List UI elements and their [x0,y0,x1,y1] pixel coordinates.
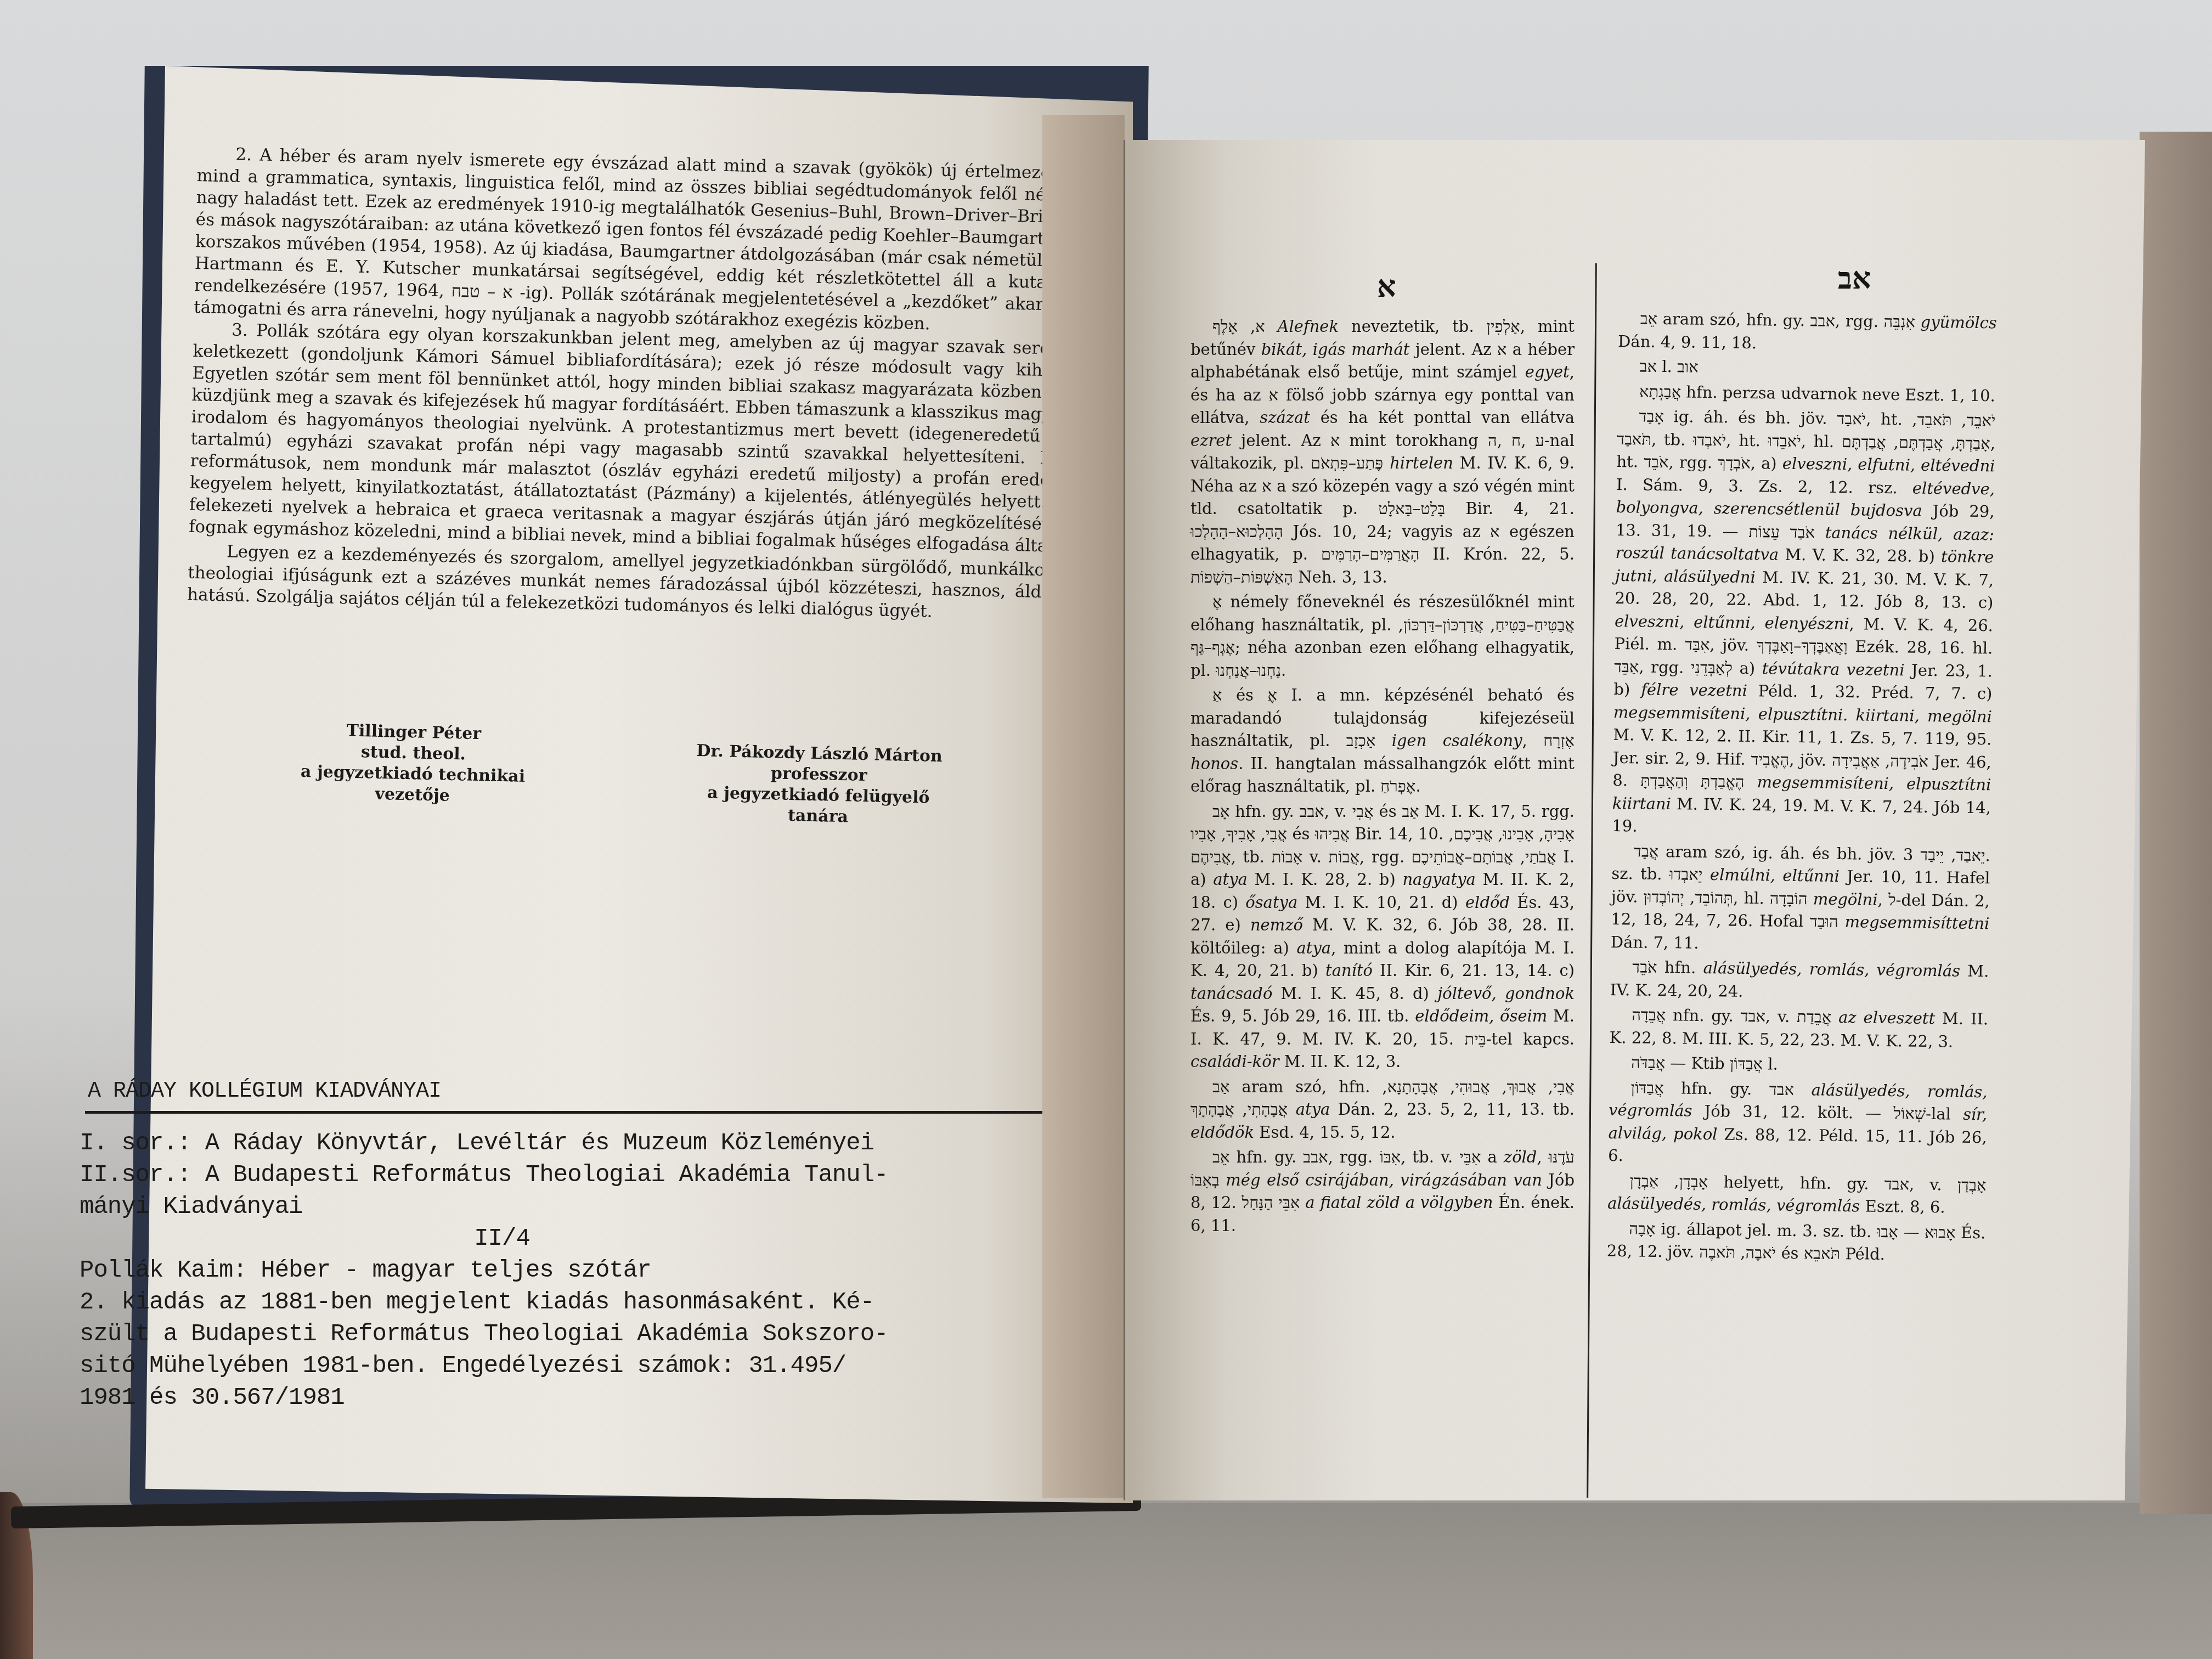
dictionary-entry: אַב aram szó, hfn. אֲבִי, אֲבוּךְ, אֲבוּ… [1190,1076,1575,1144]
dictionary-entry: אֲבֵדָה nfn. gy. אבד, v. אֲבֵדַת az elve… [1609,1003,1988,1053]
preface-paragraph: 2. A héber és aram nyelv ismerete egy év… [194,143,1075,338]
column-divider [1587,263,1597,1498]
imprint-heading: A RÁDAY KOLLÉGIUM KIADVÁNYAI [88,1079,441,1104]
dictionary-entry: אֲבַגְתָא hfn. perzsa udvarnok neve Eszt… [1617,380,1996,407]
imprint-body: I. sor.: A Ráday Könyvtár, Levéltár és M… [80,1127,1067,1414]
preface-paragraph: 3. Pollák szótára egy olyan korszakunkba… [189,318,1071,557]
imprint-detail: 2. kiadás az 1881-ben megjelent kiadás h… [80,1286,1067,1318]
right-page: א אב א, אָלֶף Alefnek neveztetik, tb. אַ… [1125,140,2145,1500]
preface-text: 2. A héber és aram nyelv ismerete egy év… [187,143,1075,625]
dictionary-entry: אֶ némely főneveknél és részesülőknél mi… [1190,591,1575,682]
dictionary-column-right: אֵב aram szó, hfn. gy. אבב, rgg. אִנְבֵּ… [1607,307,1997,1269]
dictionary-entry: א, אָלֶף Alefnek neveztetik, tb. אַלְפִי… [1190,315,1575,589]
dictionary-entry: אב l. אוב [1617,355,1996,382]
dictionary-entry: אֵב aram szó, hfn. gy. אבב, rgg. אִנְבֵּ… [1618,307,1997,357]
dictionary-entry: אֹבֵד hfn. alásülyedés, romlás, végromlá… [1610,956,1989,1006]
dictionary-entry: אֲבַדֹּה — Ktib אֲבַדּוֹן l. [1609,1051,1988,1079]
book-gutter [1124,140,1125,1500]
signature-block: Tillinger Péter stud. theol. a jegyzetki… [258,719,567,809]
series-line: I. sor.: A Ráday Könyvtár, Levéltár és M… [80,1127,1067,1159]
table-surface [0,1503,2212,1659]
signature-block: Dr. Pákozdy László Márton professzor a j… [664,740,973,831]
imprint-detail: 1981 és 30.567/1981 [80,1382,1067,1414]
column-heading: א [1377,269,1396,304]
dictionary-entry: אֲבַדּוֹן hfn. gy. אבד alásülyedés, roml… [1608,1076,1988,1171]
imprint-detail: Pollák Kaim: Héber - magyar teljes szótá… [80,1255,1067,1286]
endpaper [1042,115,1125,1498]
dictionary-entry: אָבָה ig. állapot jel. m. 3. sz. tb. אָב… [1607,1217,1986,1267]
series-number: II/4 [80,1223,859,1255]
imprint-rule [85,1111,1064,1114]
dictionary-entry: אֵב hfn. gy. אבב, rgg. אִבּוֹ, tb. v. אִ… [1190,1146,1575,1237]
page-stack-edge [2140,132,2212,1514]
dictionary-entry: אָבַד ig. áh. és bh. jöv. יֹאבַד, ht. יֹ… [1612,405,1996,842]
imprint-detail: szült a Budapesti Református Theologiai … [80,1318,1067,1350]
signatures: Tillinger Péter stud. theol. a jegyzetki… [208,713,1089,854]
dictionary-column-left: א, אָלֶף Alefnek neveztetik, tb. אַלְפִי… [1190,315,1575,1239]
dictionary-entry: אֲבַד aram szó, ig. áh. és bh. jöv. יֵאב… [1611,839,1990,958]
series-line: mányi Kiadványai [80,1191,1067,1223]
column-heading: אב [1838,261,1871,296]
dictionary-entry: אָב hfn. gy. אבב, v. אֲבִי és אַב M. I. … [1190,800,1575,1074]
series-line: II.sor.: A Budapesti Református Theologi… [80,1159,1067,1191]
imprint-detail: sitó Mühelyében 1981-ben. Engedélyezési … [80,1350,1067,1382]
dictionary-entry: אַ és אֶ I. a mn. képzésénél beható és m… [1190,684,1575,798]
dictionary-entry: אָבְדָן, אַבְדָן helyett, hfn. gy. אבד, … [1607,1169,1987,1219]
